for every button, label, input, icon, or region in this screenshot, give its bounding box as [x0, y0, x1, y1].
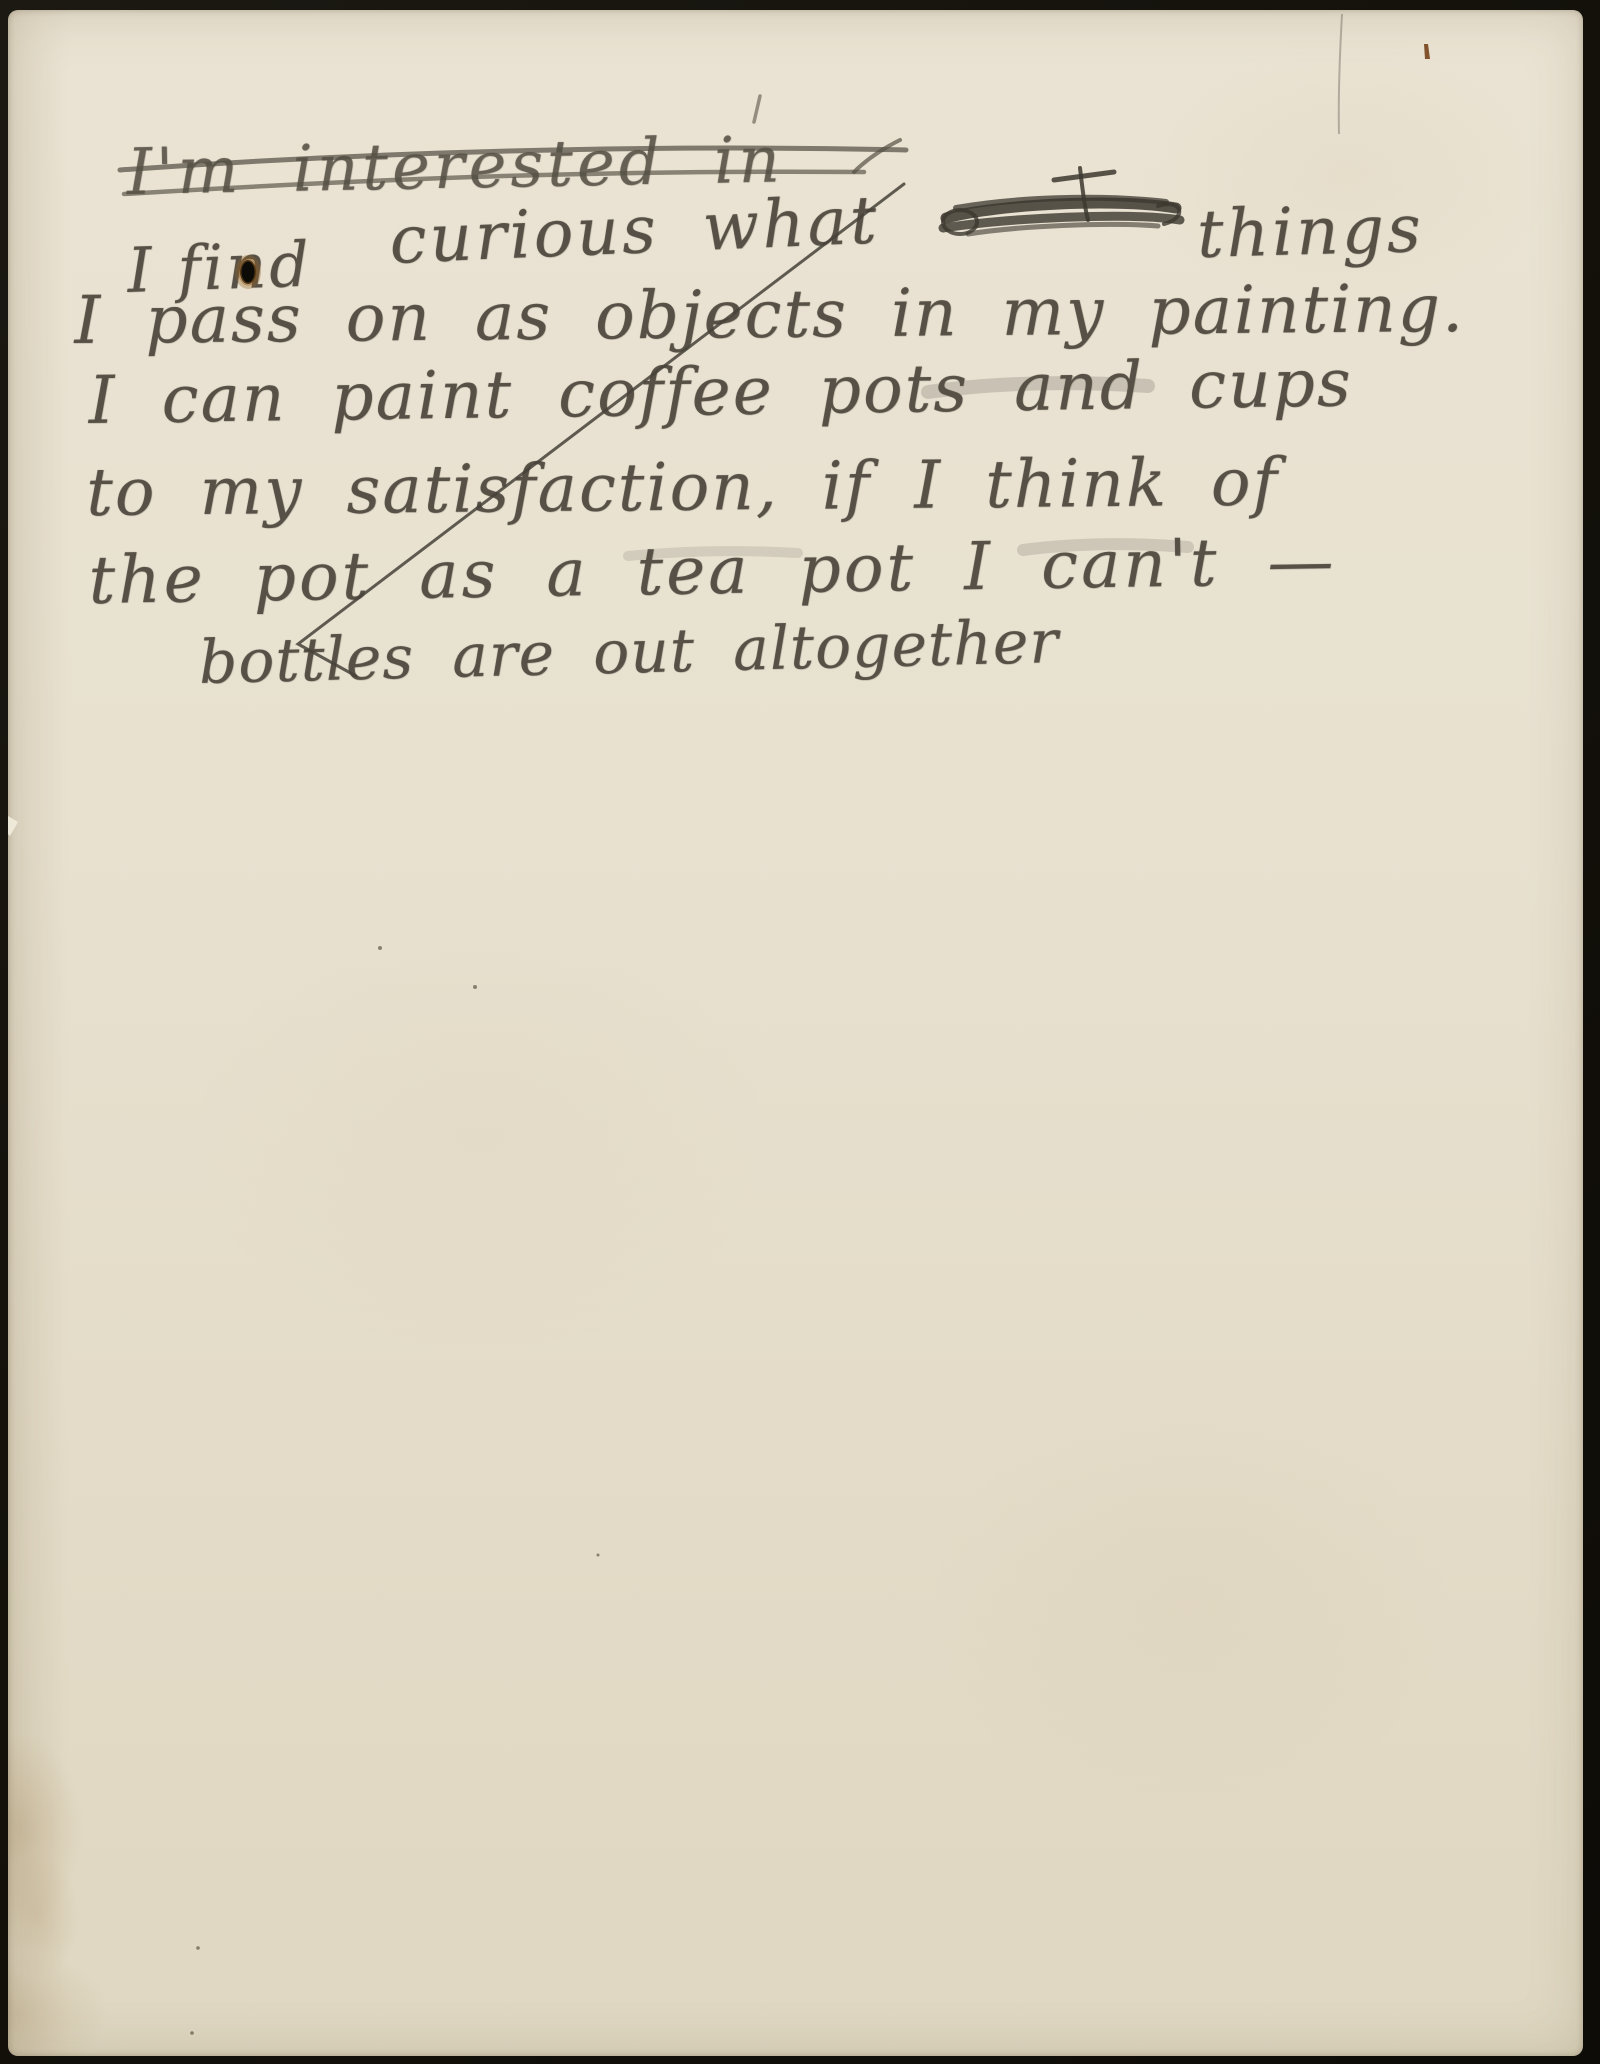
handwriting-line-4: I can paint coffee pots and cups [88, 344, 1353, 439]
handwriting-line-5: to my satisfaction, if I think of [86, 444, 1279, 531]
scribbled-out-word [943, 168, 1180, 234]
edge-chip [8, 816, 18, 836]
paper-sheet: I'm interested in I find curious what th… [8, 10, 1583, 2056]
paper-specks [190, 946, 599, 2035]
scan-backdrop: I'm interested in I find curious what th… [0, 0, 1600, 2064]
stray-pencil-tick [754, 96, 760, 122]
handwriting-line-7: bottles are out altogether [198, 607, 1060, 698]
stain-fleck [1424, 44, 1430, 59]
handwriting-line-2-end: things [1196, 190, 1425, 273]
check-tick-mark [854, 140, 900, 172]
handwriting-line-6: the pot as a tea pot I can't — [88, 522, 1337, 619]
paper-crease [1339, 14, 1342, 134]
